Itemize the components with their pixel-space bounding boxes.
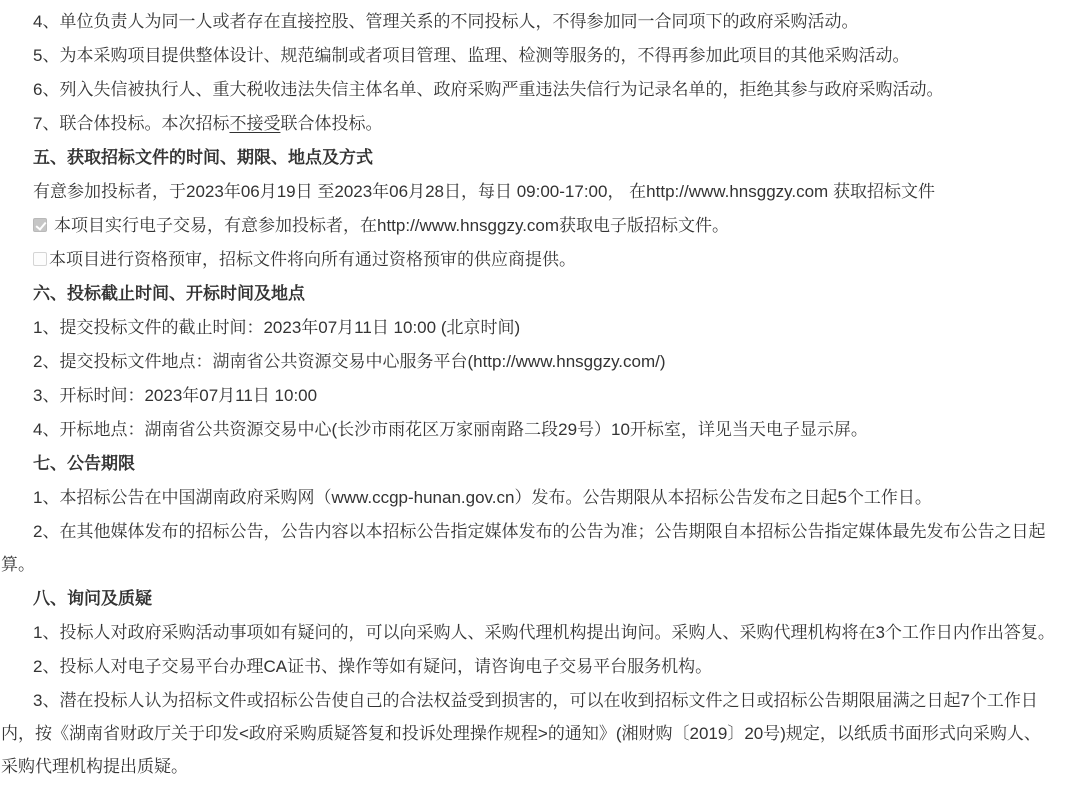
- announcement-period-item-1: 1、本招标公告在中国湖南政府采购网（www.ccgp-hunan.gov.cn）…: [1, 481, 1055, 514]
- bid-deadline-item-2: 2、提交投标文件地点：湖南省公共资源交易中心服务平台(http://www.hn…: [1, 345, 1055, 378]
- bidder-restriction-item-5: 5、为本采购项目提供整体设计、规范编制或者项目管理、监理、检测等服务的，不得再参…: [1, 39, 1055, 72]
- bid-deadline-item-3: 3、开标时间：2023年07月11日 10:00: [1, 379, 1055, 412]
- prequalification-checkbox[interactable]: [33, 252, 47, 266]
- section-heading-announcement-period: 七、公告期限: [1, 447, 1055, 480]
- bid-deadline-item-1: 1、提交投标文件的截止时间：2023年07月11日 10:00 (北京时间): [1, 311, 1055, 344]
- prequalification-option-label: 本项目进行资格预审，招标文件将向所有通过资格预审的供应商提供。: [49, 250, 576, 269]
- electronic-trading-option-label: 本项目实行电子交易，有意参加投标者，在http://www.hnsggzy.co…: [54, 216, 729, 235]
- procurement-notice-document: 4、单位负责人为同一人或者存在直接控股、管理关系的不同投标人，不得参加同一合同项…: [0, 0, 1073, 792]
- inquiry-item-1: 1、投标人对政府采购活动事项如有疑问的，可以向采购人、采购代理机构提出询问。采购…: [1, 616, 1055, 649]
- announcement-period-item-2: 2、在其他媒体发布的招标公告，公告内容以本招标公告指定媒体发布的公告为准；公告期…: [1, 515, 1055, 581]
- electronic-trading-checkbox[interactable]: [33, 218, 47, 232]
- prequalification-option-row: 本项目进行资格预审，招标文件将向所有通过资格预审的供应商提供。: [1, 243, 1055, 276]
- bid-deadline-item-4: 4、开标地点：湖南省公共资源交易中心(长沙市雨花区万家丽南路二段29号）10开标…: [1, 413, 1055, 446]
- joint-bid-item-7: 7、联合体投标。本次招标不接受联合体投标。: [1, 107, 1055, 140]
- bidder-restriction-item-6: 6、列入失信被执行人、重大税收违法失信主体名单、政府采购严重违法失信行为记录名单…: [1, 73, 1055, 106]
- joint-bid-prefix: 7、联合体投标。本次招标: [33, 114, 229, 133]
- section-heading-inquiry-challenge: 八、询问及质疑: [1, 582, 1055, 615]
- electronic-trading-option-row: 本项目实行电子交易，有意参加投标者，在http://www.hnsggzy.co…: [1, 209, 1055, 242]
- inquiry-item-3: 3、潜在投标人认为招标文件或招标公告使自己的合法权益受到损害的，可以在收到招标文…: [1, 684, 1055, 783]
- joint-bid-not-accepted-underline: 不接受: [229, 114, 280, 133]
- section-heading-bid-deadline: 六、投标截止时间、开标时间及地点: [1, 277, 1055, 310]
- bidder-restriction-item-4: 4、单位负责人为同一人或者存在直接控股、管理关系的不同投标人，不得参加同一合同项…: [1, 5, 1055, 38]
- inquiry-item-2: 2、投标人对电子交易平台办理CA证书、操作等如有疑问，请咨询电子交易平台服务机构…: [1, 650, 1055, 683]
- joint-bid-suffix: 联合体投标。: [280, 114, 382, 133]
- obtain-documents-intro: 有意参加投标者，于2023年06月19日 至2023年06月28日，每日 09:…: [1, 175, 1055, 208]
- section-heading-obtain-documents: 五、获取招标文件的时间、期限、地点及方式: [1, 141, 1055, 174]
